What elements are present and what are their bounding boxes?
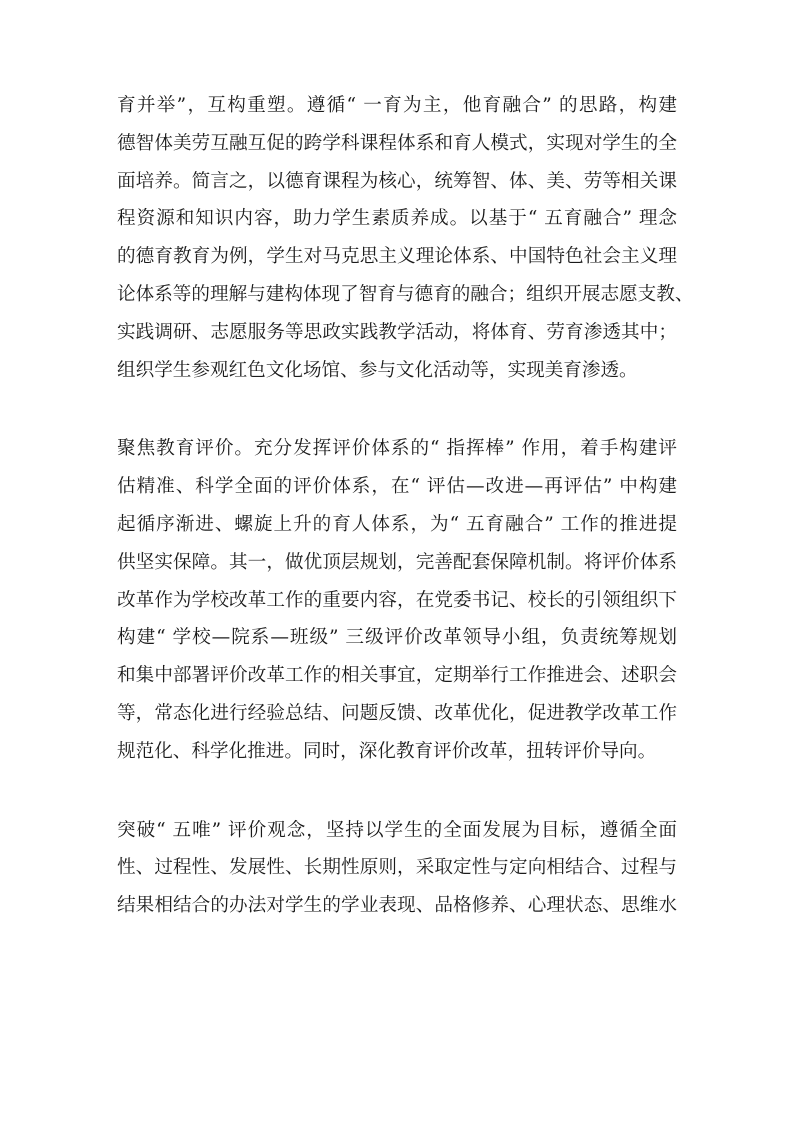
text-line: 起循序渐进、螺旋上升的育人体系，为“ 五育融合” 工作的推进提 — [117, 506, 677, 544]
text-line: 面培养。简言之，以德育课程为核心，统筹智、体、美、劳等相关课 — [117, 163, 677, 201]
text-line: 德智体美劳互融互促的跨学科课程体系和育人模式，实现对学生的全 — [117, 125, 677, 163]
text-line: 实践调研、志愿服务等思政实践教学活动，将体育、劳育渗透其中； — [117, 314, 677, 352]
text-line: 规范化、科学化推进。同时，深化教育评价改革，扭转评价导向。 — [117, 733, 677, 771]
text-line: 程资源和知识内容，助力学生素质养成。以基于“ 五育融合” 理念 — [117, 200, 677, 238]
text-line: 估精准、科学全面的评价体系，在“ 评估—改进—再评估” 中构建 — [117, 468, 677, 506]
text-line: 供坚实保障。其一，做优顶层规划，完善配套保障机制。将评价体系 — [117, 544, 677, 582]
text-line: 构建“ 学校—院系—班级” 三级评价改革领导小组，负责统筹规划 — [117, 619, 677, 657]
text-line: 突破“ 五唯” 评价观念，坚持以学生的全面发展为目标，遵循全面 — [117, 812, 677, 850]
paragraph-five-education-integration: 育并举”，互构重塑。遵循“ 一育为主，他育融合” 的思路，构建 德智体美劳互融互… — [117, 87, 677, 389]
text-line: 组织学生参观红色文化场馆、参与文化活动等，实现美育渗透。 — [117, 352, 677, 390]
text-line: 的德育教育为例，学生对马克思主义理论体系、中国特色社会主义理 — [117, 238, 677, 276]
text-line: 等，常态化进行经验总结、问题反馈、改革优化，促进教学改革工作 — [117, 695, 677, 733]
text-line: 改革作为学校改革工作的重要内容，在党委书记、校长的引领组织下 — [117, 582, 677, 620]
text-line: 育并举”，互构重塑。遵循“ 一育为主，他育融合” 的思路，构建 — [117, 87, 677, 125]
text-line: 结果相结合的办法对学生的学业表现、品格修养、心理状态、思维水 — [117, 887, 677, 925]
document-page: 育并举”，互构重塑。遵循“ 一育为主，他育融合” 的思路，构建 德智体美劳互融互… — [117, 87, 677, 966]
text-line: 和集中部署评价改革工作的相关事宜，定期举行工作推进会、述职会 — [117, 657, 677, 695]
text-line: 论体系等的理解与建构体现了智育与德育的融合；组织开展志愿支教、 — [117, 276, 677, 314]
paragraph-education-evaluation: 聚焦教育评价。充分发挥评价体系的“ 指挥棒” 作用，着手构建评 估精准、科学全面… — [117, 430, 677, 770]
paragraph-break-five-only: 突破“ 五唯” 评价观念，坚持以学生的全面发展为目标，遵循全面 性、过程性、发展… — [117, 812, 677, 925]
text-line: 聚焦教育评价。充分发挥评价体系的“ 指挥棒” 作用，着手构建评 — [117, 430, 677, 468]
text-line: 性、过程性、发展性、长期性原则，采取定性与定向相结合、过程与 — [117, 849, 677, 887]
